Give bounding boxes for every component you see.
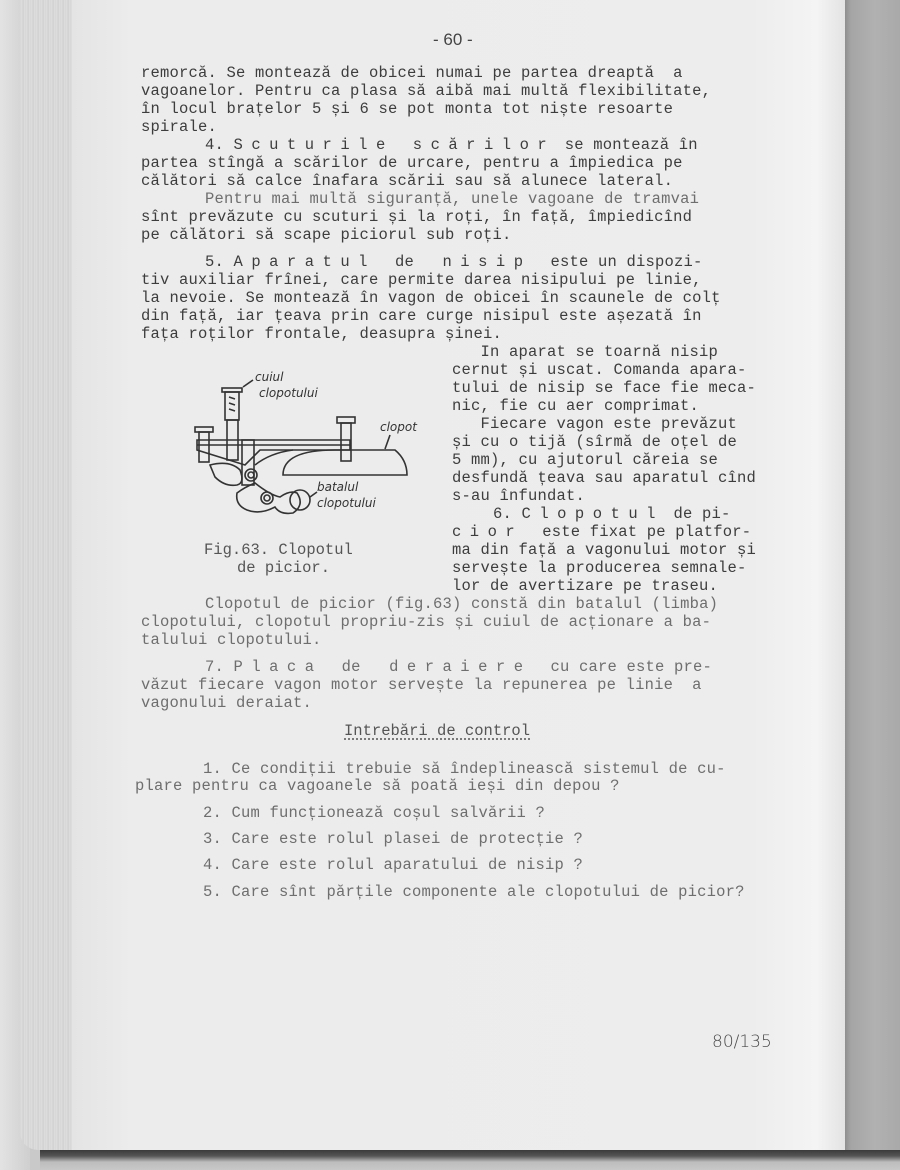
column-line: ma din față a vagonului motor și bbox=[452, 541, 756, 559]
section-title: deraiere bbox=[389, 658, 531, 676]
figure-label-cuiul: cuiul bbox=[255, 370, 283, 384]
question-item: 1. Ce condiții trebuie să îndeplinească … bbox=[203, 760, 726, 778]
body-line: clopotului, clopotul propriu-zis și cuiu… bbox=[141, 613, 711, 631]
body-line: vagonului deraiat. bbox=[141, 694, 312, 712]
section-title: nisip bbox=[443, 253, 532, 271]
column-line: lor de avertizare pe traseu. bbox=[452, 577, 718, 595]
body-line: talului clopotului. bbox=[141, 631, 322, 649]
figure-label-clopot: clopot bbox=[380, 420, 417, 434]
figure-caption: Fig.63. Clopotul bbox=[204, 541, 353, 559]
section-title: scărilor bbox=[413, 136, 555, 154]
section-title: de pi- bbox=[673, 505, 730, 523]
section-number: 6. bbox=[493, 505, 512, 523]
body-text: este un dispozi- bbox=[551, 253, 703, 271]
section-title: Clopotul bbox=[522, 505, 664, 523]
figure-label-batalul: batalul bbox=[317, 480, 358, 494]
column-line: s-au înfundat. bbox=[452, 487, 585, 505]
column-line: desfundă țeava sau aparatul cînd bbox=[452, 469, 756, 487]
question-item: 2. Cum funcționează coșul salvării ? bbox=[203, 804, 545, 822]
body-line: pe călători să scape piciorul sub roți. bbox=[141, 226, 512, 244]
body-line: vagoanelor. Pentru ca plasa să aibă mai … bbox=[141, 82, 711, 100]
column-line: tului de nisip se face fie meca- bbox=[452, 379, 756, 397]
body-line: spirale. bbox=[141, 118, 217, 136]
body-line: din față, iar țeava prin care curge nisi… bbox=[141, 307, 702, 325]
section-4-heading-line: 4. Scuturile scărilor se montează în bbox=[205, 136, 698, 154]
body-line: Pentru mai multă siguranță, unele vagoan… bbox=[205, 190, 699, 208]
section-title: de bbox=[342, 658, 361, 676]
question-item: 3. Care este rolul plasei de protecție ? bbox=[203, 830, 583, 848]
section-title: Aparatul bbox=[234, 253, 376, 271]
column-line: servește la producerea semnale- bbox=[452, 559, 747, 577]
folio-number: 80/135 bbox=[712, 1032, 772, 1052]
section-6-line: cior este fixat pe platfor- bbox=[452, 523, 751, 541]
figure-label-clopotului-2: clopotului bbox=[317, 496, 376, 510]
column-line: In aparat se toarnă nisip bbox=[452, 343, 718, 361]
body-line: Clopotul de picior (fig.63) constă din b… bbox=[205, 595, 718, 613]
page-number: - 60 - bbox=[433, 30, 473, 50]
body-text: cu care este pre- bbox=[551, 658, 713, 676]
figure-foot-bell-diagram: cuiul clopotului clopot batalul clopotul… bbox=[185, 365, 430, 535]
figure-label-clopotului: clopotului bbox=[259, 386, 318, 400]
section-7-heading-line: 7. Placa de deraiere cu care este pre- bbox=[205, 658, 712, 676]
body-line: partea stîngă a scărilor de urcare, pent… bbox=[141, 154, 683, 172]
body-text: este fixat pe platfor- bbox=[542, 523, 751, 541]
body-line: la nevoie. Se montează în vagon de obice… bbox=[141, 289, 721, 307]
body-line: tiv auxiliar frînei, care permite darea … bbox=[141, 271, 702, 289]
body-line: călători să calce înafara scării sau să … bbox=[141, 172, 673, 190]
body-line: remorcă. Se montează de obicei numai pe … bbox=[141, 64, 683, 82]
question-item: 4. Care este rolul aparatului de nisip ? bbox=[203, 856, 583, 874]
figure-caption: de picior. bbox=[237, 559, 330, 577]
section-5-heading-line: 5. Aparatul de nisip este un dispozi- bbox=[205, 253, 703, 271]
body-line: în locul brațelor 5 și 6 se pot monta to… bbox=[141, 100, 673, 118]
column-line: 5 mm), cu ajutorul căreia se bbox=[452, 451, 718, 469]
column-line: și cu o tijă (sîrmă de oțel de bbox=[452, 433, 737, 451]
body-text: se montează în bbox=[565, 136, 698, 154]
body-line: văzut fiecare vagon motor servește la re… bbox=[141, 676, 702, 694]
questions-heading: Intrebări de control bbox=[344, 722, 530, 740]
section-title: Scuturile bbox=[234, 136, 394, 154]
page-stack-edge bbox=[20, 0, 80, 1150]
section-title: de bbox=[395, 253, 414, 271]
section-6-heading-line: 6. Clopotul de pi- bbox=[493, 505, 730, 523]
question-item-continuation: plare pentru ca vagoanele să poată ieși … bbox=[135, 777, 620, 795]
section-number: 7. bbox=[205, 658, 224, 676]
column-line: Fiecare vagon este prevăzut bbox=[452, 415, 737, 433]
section-number: 4. bbox=[205, 136, 224, 154]
body-line: fața roților frontale, deasupra șinei. bbox=[141, 325, 502, 343]
section-title: Placa bbox=[234, 658, 323, 676]
section-number: 5. bbox=[205, 253, 224, 271]
body-line: sînt prevăzute cu scuturi și la roți, în… bbox=[141, 208, 692, 226]
question-item: 5. Care sînt părțile componente ale clop… bbox=[203, 883, 745, 901]
section-title: cior bbox=[452, 523, 523, 541]
column-line: nic, fie cu aer comprimat. bbox=[452, 397, 699, 415]
scanner-background-right bbox=[845, 0, 900, 1170]
column-line: cernut și uscat. Comanda apara- bbox=[452, 361, 747, 379]
page-bottom-shadow bbox=[40, 1150, 900, 1170]
